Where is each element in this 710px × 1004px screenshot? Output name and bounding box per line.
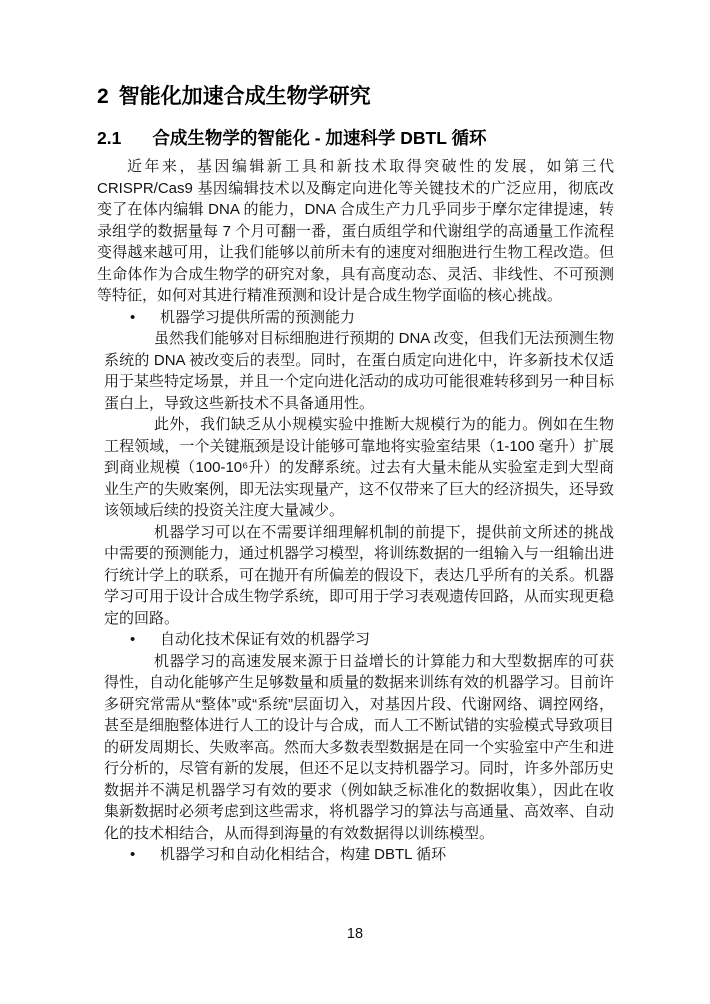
bullet-marker: • <box>130 844 160 866</box>
bullet-paragraph: 机器学习可以在不需要详细理解机制的前提下，提供前文所述的挑战中需要的预测能力，通… <box>104 522 614 630</box>
bullet-marker: • <box>130 307 160 329</box>
section-title: 智能化加速合成生物学研究 <box>119 85 371 108</box>
bullet-label: 机器学习和自动化相结合，构建 DBTL 循环 <box>160 844 614 866</box>
document-page: 2智能化加速合成生物学研究 2.1合成生物学的智能化 - 加速科学 DBTL 循… <box>0 0 710 1004</box>
bullet-item-dbtl-loop: • 机器学习和自动化相结合，构建 DBTL 循环 <box>97 844 614 866</box>
section-heading: 2智能化加速合成生物学研究 <box>97 84 614 110</box>
bullet-item-machine-learning: • 机器学习提供所需的预测能力 <box>97 307 614 329</box>
section-number: 2 <box>97 84 109 110</box>
subsection-heading: 2.1合成生物学的智能化 - 加速科学 DBTL 循环 <box>97 127 614 149</box>
bullet-paragraph: 此外，我们缺乏从小规模实验中推断大规模行为的能力。例如在生物工程领域，一个关键瓶… <box>104 414 614 522</box>
bullet-label: 机器学习提供所需的预测能力 <box>160 307 614 329</box>
intro-paragraph: 近年来，基因编辑新工具和新技术取得突破性的发展，如第三代 CRISPR/Cas9… <box>97 156 614 307</box>
bullet-paragraph: 虽然我们能够对目标细胞进行预期的 DNA 改变，但我们无法预测生物系统的 DNA… <box>104 328 614 414</box>
page-content: 2智能化加速合成生物学研究 2.1合成生物学的智能化 - 加速科学 DBTL 循… <box>97 84 614 866</box>
bullet-label: 自动化技术保证有效的机器学习 <box>160 629 614 651</box>
bullet-item-automation: • 自动化技术保证有效的机器学习 <box>97 629 614 651</box>
page-number: 18 <box>0 926 710 942</box>
bullet-marker: • <box>130 629 160 651</box>
subsection-number: 2.1 <box>97 127 121 149</box>
bullet-paragraph: 机器学习的高速发展来源于日益增长的计算能力和大型数据库的可获得性，自动化能够产生… <box>104 651 614 845</box>
subsection-title: 合成生物学的智能化 - 加速科学 DBTL 循环 <box>152 128 486 148</box>
